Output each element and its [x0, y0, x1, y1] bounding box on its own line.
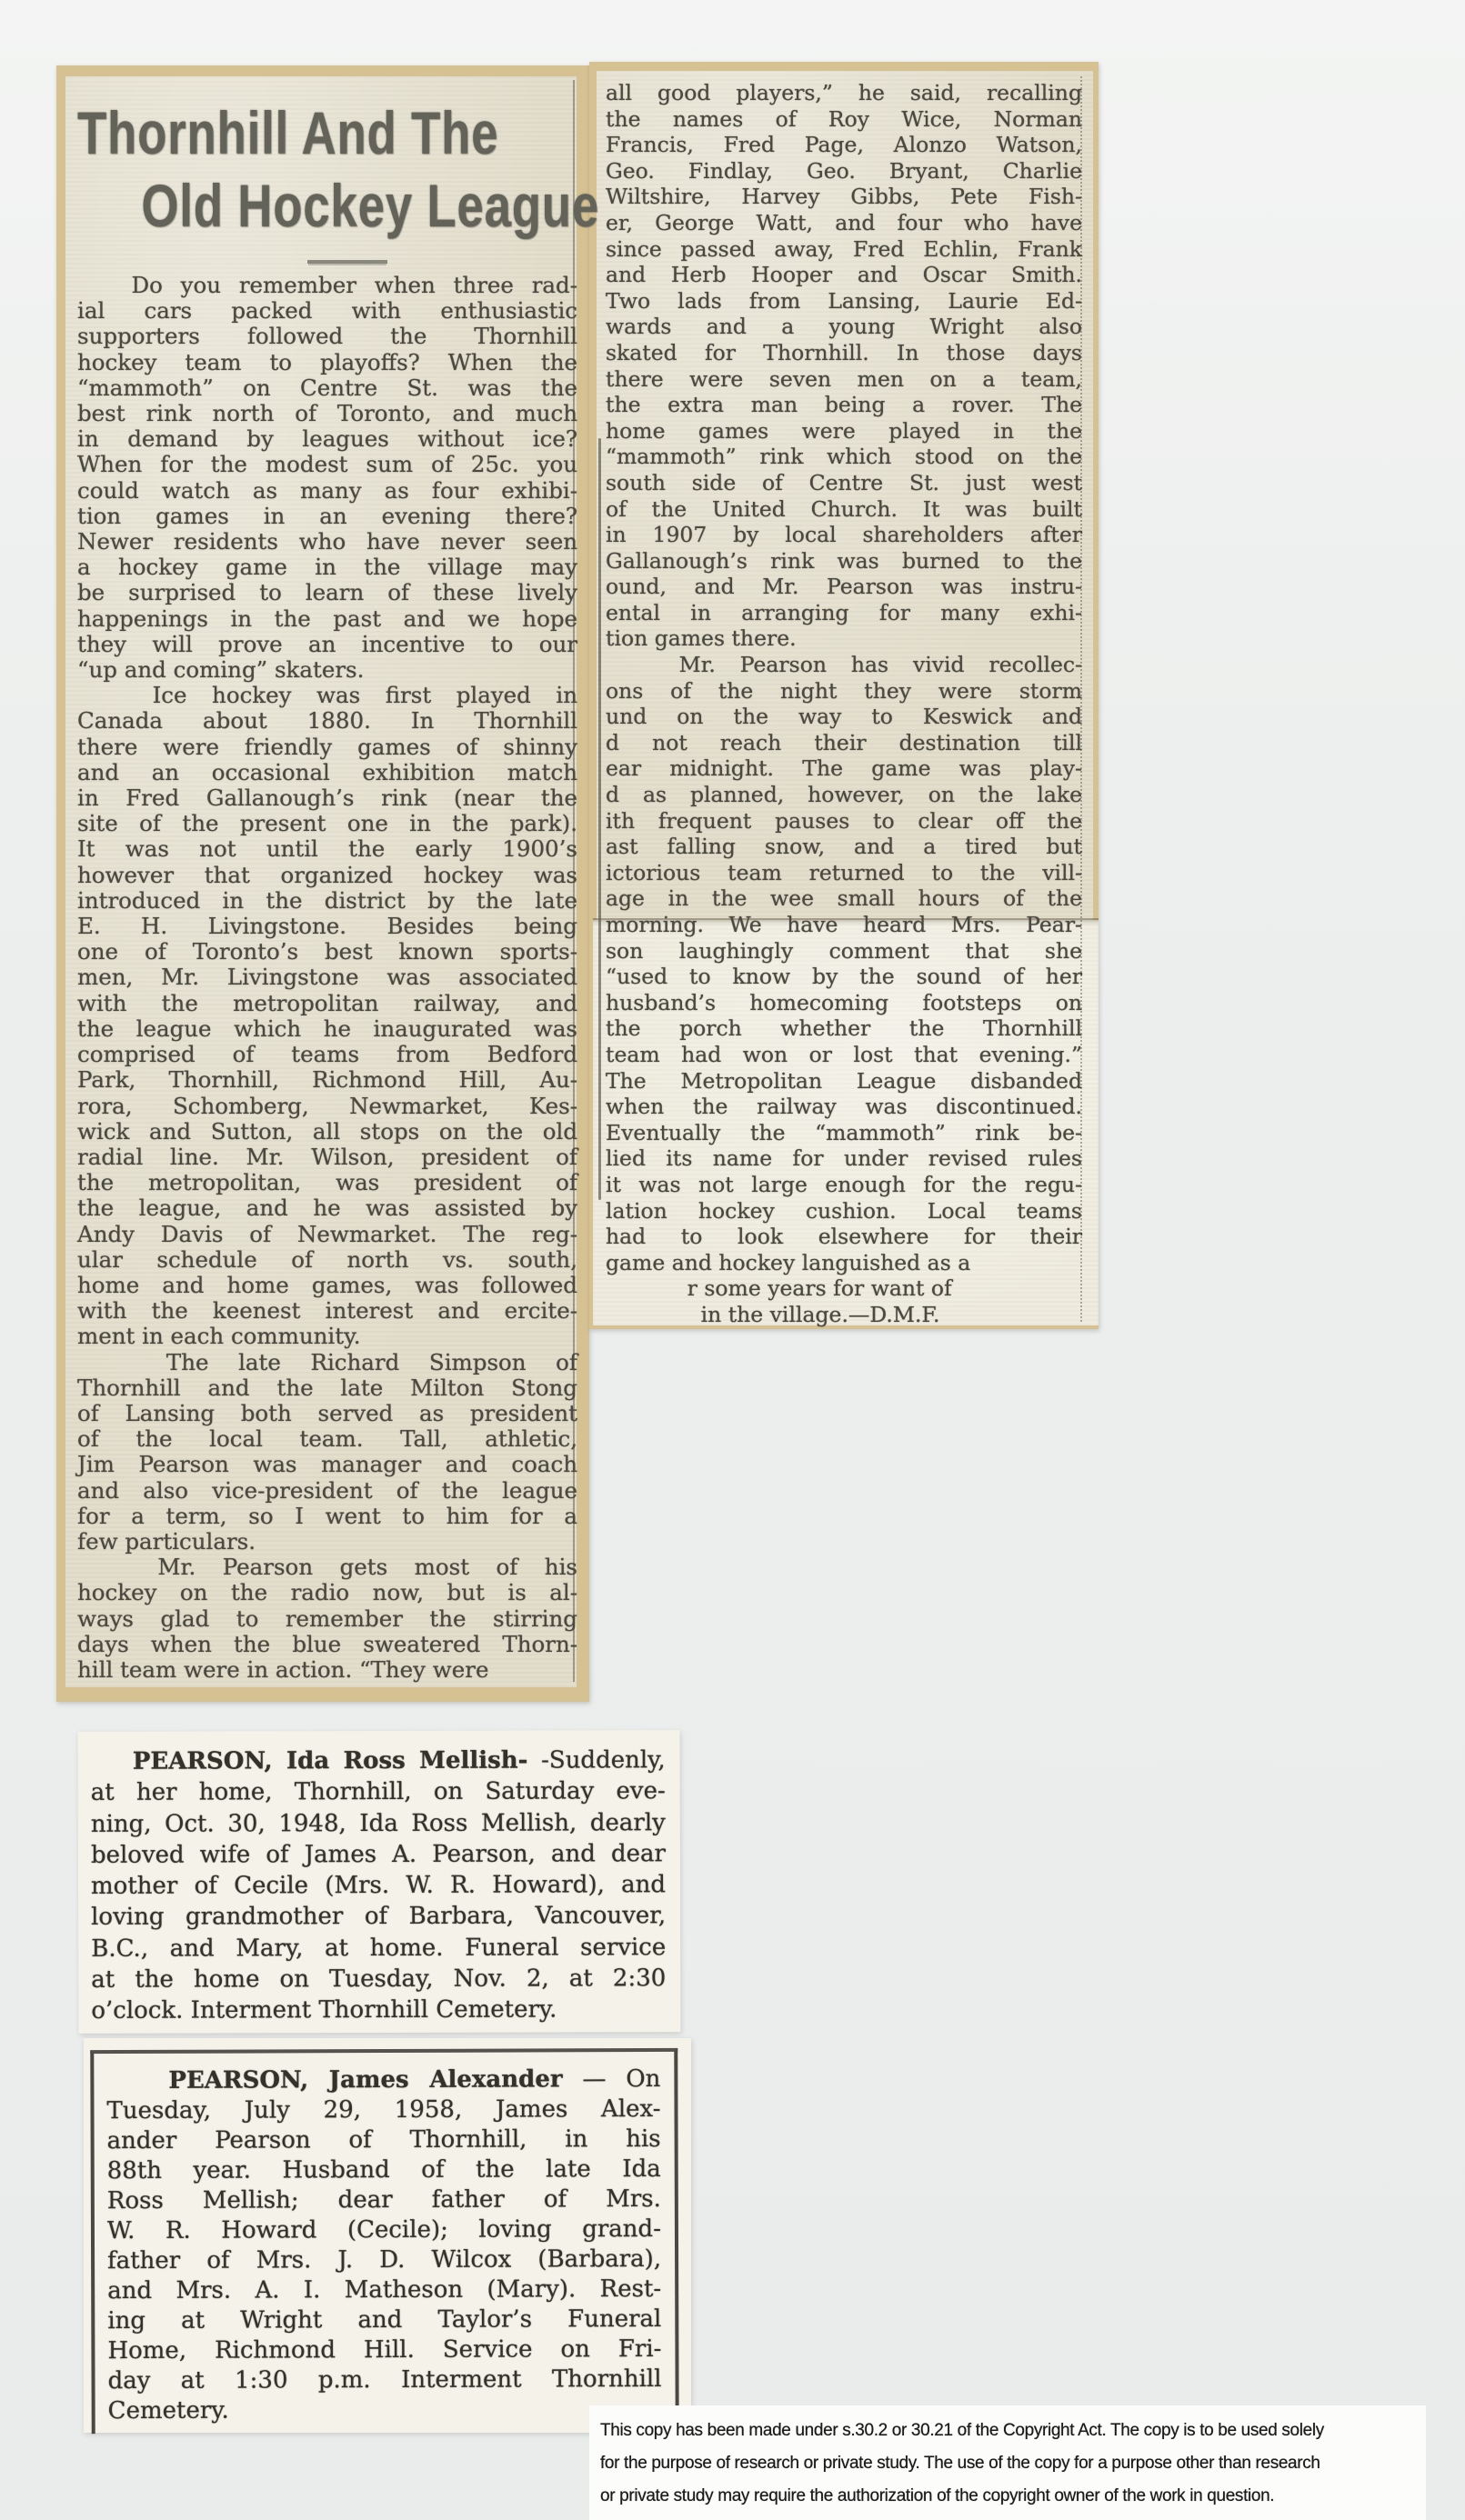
text-line: skated for Thornhill. In those days [606, 340, 1082, 366]
text-line: days when the blue sweatered Thorn- [77, 1632, 577, 1657]
text-line: ander Pearson of Thornhill, in his [107, 2125, 661, 2156]
text-line: for a term, so I went to him for a [77, 1504, 577, 1529]
obituary-james-lead-rest: — On [563, 2065, 661, 2093]
text-line: day at 1:30 p.m. Interment Thornhill [107, 2365, 661, 2396]
text-line: ith frequent pauses to clear off the [606, 808, 1082, 835]
obituary-ida-body: at her home, Thornhill, on Saturday eve-… [91, 1775, 667, 2026]
article-column-right: all good players,” he said, recallingthe… [606, 80, 1082, 1328]
text-line: beloved wife of James A. Pearson, and de… [91, 1838, 666, 1871]
text-line: Jim Pearson was manager and coach [77, 1452, 577, 1477]
text-line: 88th year. Husband of the late Ida [107, 2155, 661, 2186]
text-line: the extra man being a rover. The [606, 392, 1082, 418]
text-line: loving grandmother of Barbara, Vancouver… [91, 1901, 666, 1934]
text-line: team had won or lost that evening.” [606, 1042, 1082, 1068]
obituary-card-ida: PEARSON, Ida Ross Mellish- -Suddenly, at… [78, 1730, 681, 2034]
text-line: This copy has been made under s.30.2 or … [600, 2415, 1419, 2447]
text-line: Mr. Pearson has vivid recollec- [606, 652, 1082, 678]
text-line: in 1907 by local shareholders after [606, 522, 1082, 548]
headline-divider [307, 260, 387, 264]
copyright-stamp-text: This copy has been made under s.30.2 or … [600, 2415, 1419, 2513]
text-line: the porch whether the Thornhill [606, 1015, 1082, 1042]
text-line: the league which he inaugurated was [77, 1016, 577, 1042]
text-line: of the United Church. It was built [606, 496, 1082, 523]
text-line: game and hockey languished as a [606, 1250, 1082, 1276]
text-line: there were seven men on a team, [606, 366, 1082, 393]
text-line: ning, Oct. 30, 1948, Ida Ross Mellish, d… [91, 1807, 666, 1840]
text-line: er, George Watt, and four who have [606, 210, 1082, 236]
text-line: and Herb Hooper and Oscar Smith. [606, 262, 1082, 288]
text-line: “mammoth” on Centre St. was the [77, 375, 577, 401]
text-line: and also vice-president of the league [77, 1478, 577, 1504]
scanned-page: Thornhill And The Old Hockey League Do y… [0, 0, 1465, 2520]
text-line: could watch as many as four exhibi- [77, 478, 577, 504]
text-line: home and home games, was followed [77, 1273, 577, 1298]
text-line: hockey on the radio now, but is al- [77, 1580, 577, 1605]
text-line: wick and Sutton, all stops on the old [77, 1119, 577, 1145]
obituary-ida-name: PEARSON, Ida Ross Mellish- [91, 1747, 528, 1775]
text-line: Park, Thornhill, Richmond Hill, Au- [77, 1067, 577, 1093]
text-line: ental in arranging for many exhi- [606, 600, 1082, 626]
text-line: or private study may require the authori… [600, 2480, 1419, 2513]
text-line: Mr. Pearson gets most of his [77, 1555, 577, 1580]
text-line: age in the wee small hours of the [606, 885, 1082, 912]
text-line: men, Mr. Livingstone was associated [77, 965, 577, 990]
text-line: there were friendly games of shinny [77, 735, 577, 760]
text-line: a hockey game in the village may [77, 555, 577, 580]
text-line: Thornhill and the late Milton Stong [77, 1375, 577, 1401]
text-line: with the keenest interest and ercite- [77, 1298, 577, 1324]
text-line: Do you remember when three rad- [77, 273, 577, 298]
obituary-james-border: PEARSON, James Alexander — On Tuesday, J… [90, 2048, 678, 2434]
text-line: had to look elsewhere for their [606, 1224, 1082, 1250]
text-line: of Lansing both served as president [77, 1401, 577, 1426]
text-line: tion games in an evening there? [77, 504, 577, 529]
text-line: and an occasional exhibition match [77, 760, 577, 785]
text-line: ing at Wright and Taylor’s Funeral [107, 2305, 661, 2336]
text-line: lied its name for under revised rules [606, 1145, 1082, 1172]
text-line: father of Mrs. J. D. Wilcox (Barbara), [107, 2245, 661, 2276]
copyright-stamp: This copy has been made under s.30.2 or … [589, 2405, 1426, 2520]
text-line: the league, and he was assisted by [77, 1195, 577, 1221]
text-line: Two lads from Lansing, Laurie Ed- [606, 288, 1082, 315]
text-line: lation hockey cushion. Local teams [606, 1198, 1082, 1225]
headline-line-1: Thornhill And The [77, 96, 557, 169]
text-line: d as planned, however, on the lake [606, 782, 1082, 808]
text-line: ear midnight. The game was play- [606, 755, 1082, 782]
obituary-ida-first-line: PEARSON, Ida Ross Mellish- -Suddenly, [91, 1745, 666, 1777]
text-line: When for the modest sum of 25c. you [77, 452, 577, 477]
text-line: ial cars packed with enthusiastic [77, 298, 577, 324]
text-line: Eventually the “mammoth” rink be- [606, 1120, 1082, 1146]
fold-crease-line [598, 438, 601, 1200]
text-line: Home, Richmond Hill. Service on Fri- [107, 2335, 661, 2366]
text-line: south side of Centre St. just west [606, 470, 1082, 496]
text-line: site of the present one in the park). [77, 811, 577, 836]
text-line: tion games there. [606, 625, 1082, 652]
text-line: happenings in the past and we hope [77, 606, 577, 632]
text-line: the names of Roy Wice, Norman [606, 106, 1082, 133]
text-line: of the local team. Tall, athletic, [77, 1426, 577, 1452]
text-line: radial line. Mr. Wilson, president of [77, 1145, 577, 1170]
article-headline: Thornhill And The Old Hockey League [77, 96, 677, 242]
text-line: Newer residents who have never seen [77, 529, 577, 555]
text-line: in demand by leagues without ice? [77, 426, 577, 452]
text-line: E. H. Livingstone. Besides being [77, 914, 577, 939]
obituary-james-first-line: PEARSON, James Alexander — On [106, 2065, 660, 2096]
text-line: in Fred Gallanough’s rink (near the [77, 785, 577, 811]
text-line: und on the way to Keswick and [606, 704, 1082, 730]
text-line: few particulars. [77, 1529, 577, 1555]
text-line: it was not large enough for the regu- [606, 1172, 1082, 1198]
text-line: ound, and Mr. Pearson was instru- [606, 574, 1082, 600]
text-line: Tuesday, July 29, 1958, James Alex- [106, 2095, 660, 2126]
article-column-left: Do you remember when three rad-ial cars … [77, 273, 577, 1683]
text-line: in the village.—D.M.F. [606, 1302, 1082, 1328]
text-line: be surprised to learn of these lively [77, 580, 577, 605]
text-line: “used to know by the sound of her [606, 964, 1082, 990]
text-line: Cemetery. [108, 2395, 662, 2426]
text-line: B.C., and Mary, at home. Funeral service [91, 1932, 666, 1965]
text-line: comprised of teams from Bedford [77, 1042, 577, 1067]
text-line: one of Toronto’s best known sports- [77, 939, 577, 965]
text-line: ons of the night they were storm [606, 678, 1082, 705]
text-line: Canada about 1880. In Thornhill [77, 708, 577, 734]
text-line: mother of Cecile (Mrs. W. R. Howard), an… [91, 1869, 666, 1902]
text-line: Gallanough’s rink was burned to the [606, 548, 1082, 575]
text-line: home games were played in the [606, 418, 1082, 445]
text-line: Wiltshire, Harvey Gibbs, Pete Fish- [606, 184, 1082, 210]
text-line: when the railway was discontinued. [606, 1094, 1082, 1120]
text-line: however that organized hockey was [77, 863, 577, 888]
text-line: introduced in the district by the late [77, 888, 577, 914]
obituary-ida-lead-rest: -Suddenly, [527, 1746, 665, 1774]
text-line: since passed away, Fred Echlin, Frank [606, 236, 1082, 263]
text-line: Geo. Findlay, Geo. Bryant, Charlie [606, 158, 1082, 185]
text-line: The late Richard Simpson of [77, 1350, 577, 1375]
text-line: W. R. Howard (Cecile); loving grand- [107, 2215, 661, 2246]
text-line: Andy Davis of Newmarket. The reg- [77, 1222, 577, 1247]
text-line: morning. We have heard Mrs. Pear- [606, 912, 1082, 938]
text-line: for the purpose of research or private s… [600, 2447, 1419, 2480]
obituary-ida-text: PEARSON, Ida Ross Mellish- -Suddenly, at… [91, 1745, 667, 2026]
text-line: ular schedule of north vs. south, [77, 1247, 577, 1273]
text-line: the metropolitan, was president of [77, 1170, 577, 1195]
headline-line-2: Old Hockey League [77, 169, 557, 242]
text-line: r some years for want of [606, 1275, 1082, 1302]
text-line: rora, Schomberg, Newmarket, Kes- [77, 1094, 577, 1119]
text-line: d not reach their destination till [606, 730, 1082, 756]
text-line: supporters followed the Thornhill [77, 324, 577, 349]
text-line: husband’s homecoming footsteps on [606, 990, 1082, 1016]
text-line: and Mrs. A. I. Matheson (Mary). Rest- [107, 2275, 661, 2306]
text-line: they will prove an incentive to our [77, 632, 577, 657]
text-line: Ross Mellish; dear father of Mrs. [107, 2185, 661, 2216]
obituary-james-body: Tuesday, July 29, 1958, James Alex-ander… [106, 2095, 661, 2426]
text-line: The Metropolitan League disbanded [606, 1068, 1082, 1095]
text-line: Ice hockey was first played in [77, 683, 577, 708]
text-line: wards and a young Wright also [606, 314, 1082, 340]
text-line: hill team were in action. “They were [77, 1657, 577, 1683]
obituary-card-james: PEARSON, James Alexander — On Tuesday, J… [84, 2038, 691, 2433]
text-line: all good players,” he said, recalling [606, 80, 1082, 106]
text-line: Francis, Fred Page, Alonzo Watson, [606, 132, 1082, 158]
text-line: It was not until the early 1900’s [77, 836, 577, 862]
text-line: son laughingly comment that she [606, 938, 1082, 965]
text-line: “up and coming” skaters. [77, 657, 577, 683]
obituary-james-name: PEARSON, James Alexander [106, 2065, 562, 2095]
obituary-james-text: PEARSON, James Alexander — On Tuesday, J… [106, 2065, 661, 2426]
text-line: o’clock. Interment Thornhill Cemetery. [91, 1995, 666, 2027]
text-line: ictorious team returned to the vill- [606, 860, 1082, 886]
text-line: at the home on Tuesday, Nov. 2, at 2:30 [91, 1963, 666, 1995]
text-line: best rink north of Toronto, and much [77, 401, 577, 426]
text-line: ast falling snow, and a tired but [606, 834, 1082, 860]
text-line: at her home, Thornhill, on Saturday eve- [91, 1775, 666, 1808]
text-line: hockey team to playoffs? When the [77, 350, 577, 375]
text-line: ways glad to remember the stirring [77, 1606, 577, 1632]
text-line: with the metropolitan railway, and [77, 991, 577, 1016]
text-line: “mammoth” rink which stood on the [606, 444, 1082, 470]
text-line: ment in each community. [77, 1324, 577, 1349]
